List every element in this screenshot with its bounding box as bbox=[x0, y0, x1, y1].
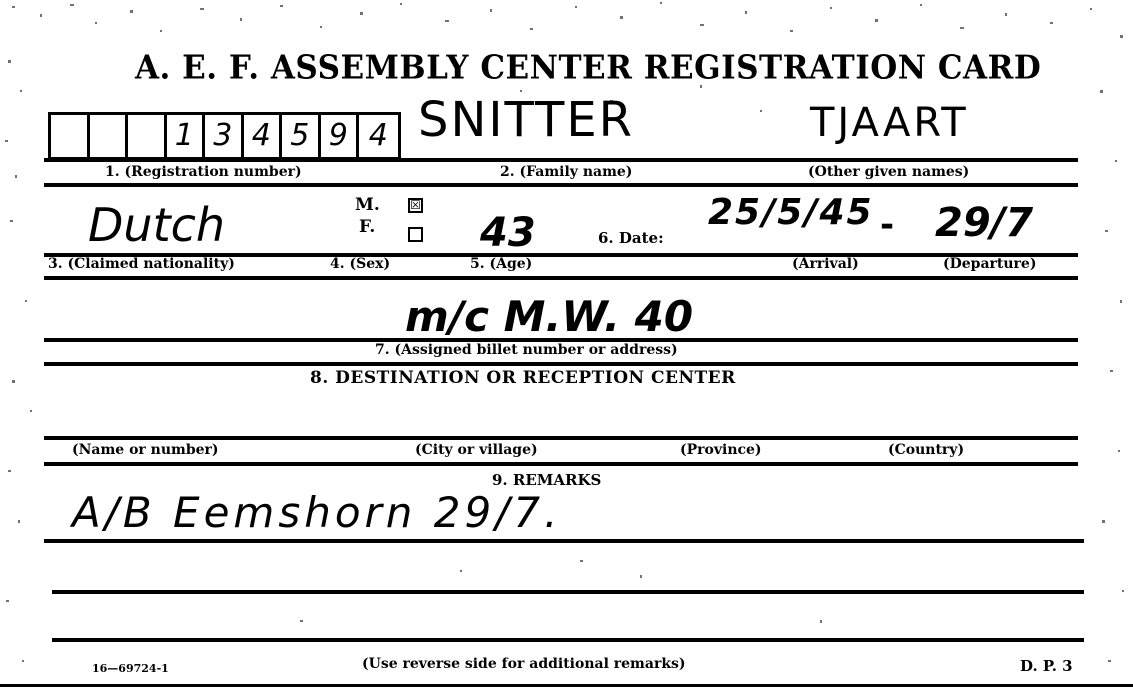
destination-city-label: (City or village) bbox=[415, 442, 538, 458]
date-label: 6. Date: bbox=[598, 230, 664, 246]
reg-digit: 1 bbox=[167, 115, 206, 157]
destination-name-label: (Name or number) bbox=[72, 442, 219, 458]
rule bbox=[44, 158, 1078, 162]
destination-province-label: (Province) bbox=[680, 442, 762, 458]
rule bbox=[44, 436, 1078, 440]
family-name-value: SNITTER bbox=[418, 92, 634, 148]
nationality-value: Dutch bbox=[88, 198, 225, 252]
age-value: 43 bbox=[480, 210, 536, 256]
registration-card: A. E. F. ASSEMBLY CENTER REGISTRATION CA… bbox=[0, 0, 1133, 690]
destination-country-label: (Country) bbox=[888, 442, 964, 458]
nationality-label: 3. (Claimed nationality) bbox=[48, 256, 235, 272]
family-name-label: 2. (Family name) bbox=[500, 164, 632, 180]
remarks-heading: 9. REMARKS bbox=[492, 472, 601, 488]
reg-digit: 5 bbox=[282, 115, 321, 157]
rule bbox=[44, 462, 1078, 466]
billet-label: 7. (Assigned billet number or address) bbox=[375, 342, 678, 358]
billet-value: m/c M.W. 40 bbox=[405, 292, 693, 341]
sex-female-checkbox[interactable] bbox=[408, 227, 423, 242]
remarks-line-1: A/B Eemshorn 29/7. bbox=[72, 488, 561, 537]
reg-digit: 3 bbox=[205, 115, 244, 157]
departure-label: (Departure) bbox=[943, 256, 1036, 272]
reg-digit bbox=[128, 115, 167, 157]
given-names-value: TJAART bbox=[810, 100, 969, 146]
sex-female-label: F. bbox=[359, 219, 375, 235]
reg-digit bbox=[51, 115, 90, 157]
sex-label: 4. (Sex) bbox=[330, 256, 390, 272]
rule bbox=[44, 183, 1078, 187]
form-code: 16—69724-1 bbox=[92, 662, 169, 675]
rule bbox=[44, 362, 1078, 366]
rule bbox=[44, 276, 1078, 280]
reg-digit: 4 bbox=[359, 115, 398, 157]
rule bbox=[52, 638, 1084, 642]
reg-digit bbox=[90, 115, 129, 157]
given-names-label: (Other given names) bbox=[808, 164, 969, 180]
registration-number-boxes: 1 3 4 5 9 4 bbox=[48, 112, 401, 160]
form-id: D. P. 3 bbox=[1020, 657, 1073, 675]
rule bbox=[0, 684, 1133, 687]
age-label: 5. (Age) bbox=[470, 256, 532, 272]
arrival-label: (Arrival) bbox=[792, 256, 859, 272]
footer-note: (Use reverse side for additional remarks… bbox=[362, 656, 686, 672]
arrival-date-value: 25/5/45 bbox=[708, 192, 874, 233]
sex-male-checkbox[interactable]: ☒ bbox=[408, 198, 423, 213]
card-title: A. E. F. ASSEMBLY CENTER REGISTRATION CA… bbox=[135, 49, 975, 87]
sex-male-label: M. bbox=[355, 197, 380, 213]
registration-number-label: 1. (Registration number) bbox=[105, 164, 302, 180]
rule bbox=[44, 539, 1084, 543]
reg-digit: 4 bbox=[244, 115, 283, 157]
departure-date-value: 29/7 bbox=[935, 200, 1033, 246]
reg-digit: 9 bbox=[321, 115, 360, 157]
rule bbox=[52, 590, 1084, 594]
date-separator: - bbox=[880, 205, 894, 245]
destination-heading: 8. DESTINATION OR RECEPTION CENTER bbox=[310, 368, 736, 388]
